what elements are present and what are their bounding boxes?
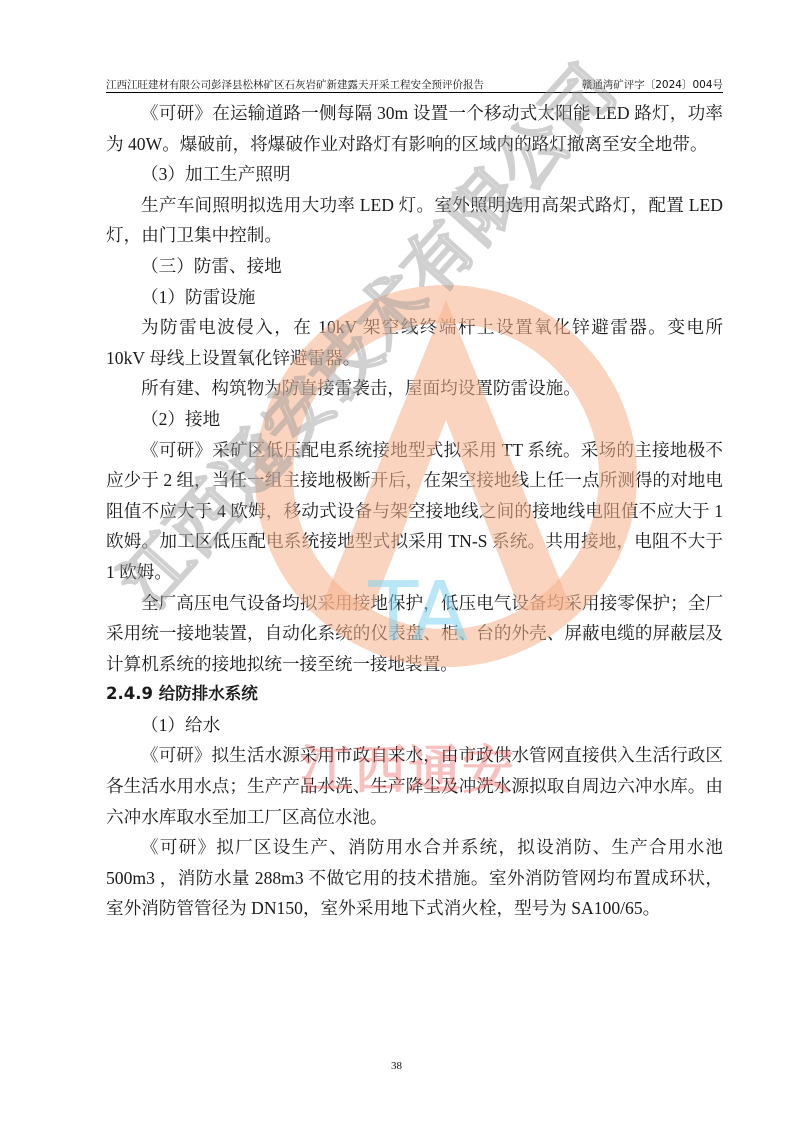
header-document-number: 赣通湾矿评字〔2024〕004号	[582, 78, 723, 92]
subheading-processing-lighting: （3）加工生产照明	[106, 159, 723, 190]
subheading-water-supply: （1）给水	[106, 710, 723, 741]
subheading-lightning-grounding: （三）防雷、接地	[106, 251, 723, 282]
header-report-title: 江西江旺建材有限公司彭泽县松林矿区石灰岩矿新建露天开采工程安全预评价报告	[106, 78, 484, 92]
paragraph-plant-grounding: 全厂高压电气设备均拟采用接地保护，低压电气设备均采用接零保护；全厂采用统一接地装…	[106, 588, 723, 680]
subheading-lightning-protection: （1）防雷设施	[106, 282, 723, 313]
paragraph-fire-water: 《可研》拟厂区设生产、消防用水合并系统，拟设消防、生产合用水池 500m3 ，消…	[106, 832, 723, 924]
page-footer: 38	[0, 1060, 793, 1072]
paragraph-grounding-system: 《可研》采矿区低压配电系统接地型式拟采用 TT 系统。采场的主接地极不应少于 2…	[106, 435, 723, 588]
paragraph-workshop-lighting: 生产车间照明拟选用大功率 LED 灯。室外照明选用高架式路灯，配置 LED 灯，…	[106, 190, 723, 251]
paragraph-road-lighting: 《可研》在运输道路一侧每隔 30m 设置一个移动式太阳能 LED 路灯，功率为 …	[106, 98, 723, 159]
paragraph-surge-arrester: 为防雷电波侵入，在 10kV 架空线终端杆上设置氧化锌避雷器。变电所 10kV …	[106, 312, 723, 373]
section-heading-water-system: 2.4.9 给防排水系统	[106, 679, 723, 710]
document-page: 江西江旺建材有限公司彭泽县松林矿区石灰岩矿新建露天开采工程安全预评价报告 赣通湾…	[0, 0, 793, 1122]
page-header: 江西江旺建材有限公司彭泽县松林矿区石灰岩矿新建露天开采工程安全预评价报告 赣通湾…	[106, 76, 723, 93]
page-number: 38	[391, 1060, 402, 1072]
body-content: 《可研》在运输道路一侧每隔 30m 设置一个移动式太阳能 LED 路灯，功率为 …	[106, 98, 723, 924]
paragraph-direct-strike: 所有建、构筑物为防直接雷袭击，屋面均设置防雷设施。	[106, 373, 723, 404]
subheading-grounding: （2）接地	[106, 404, 723, 435]
paragraph-water-source: 《可研》拟生活水源采用市政自来水，由市政供水管网直接供入生活行政区各生活水用水点…	[106, 740, 723, 832]
